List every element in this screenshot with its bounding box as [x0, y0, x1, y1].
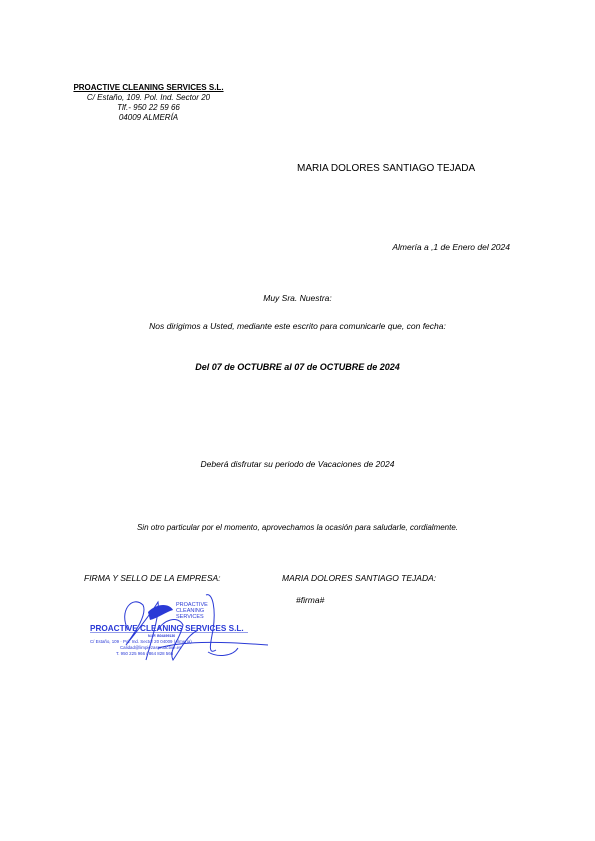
date-line: Almería a ,1 de Enero del 2024 [392, 242, 510, 252]
company-stamp-signature: PROACTIVE CLEANING SERVICES PROACTIVE CL… [88, 590, 273, 668]
intro-text: Nos dirigimos a Usted, mediante este esc… [0, 321, 595, 331]
logo-icon [148, 605, 173, 620]
stamp-phones: T. 950 225 966 / 864 828 566 [116, 651, 174, 656]
vacation-period: Del 07 de OCTUBRE al 07 de OCTUBRE de 20… [0, 362, 595, 372]
recipient-name: MARIA DOLORES SANTIAGO TEJADA [297, 163, 475, 174]
vacation-text: Deberá disfrutar su periodo de Vacacione… [0, 459, 595, 469]
closing-text: Sin otro particular por el momento, apro… [0, 523, 595, 532]
greeting: Muy Sra. Nuestra: [0, 293, 595, 303]
company-city: 04009 ALMERÍA [0, 113, 297, 123]
stamp-address: C/ Estaño, 109 · Pol. Ind. Sector 20 040… [90, 639, 192, 644]
company-signature-label: FIRMA Y SELLO DE LA EMPRESA: [84, 573, 221, 583]
employee-signature-placeholder: #firma# [296, 595, 324, 605]
stamp-logo-line-3: SERVICES [176, 614, 204, 620]
company-header: PROACTIVE CLEANING SERVICES S.L. C/ Esta… [0, 83, 297, 123]
company-phone: Tlf.- 950 22 59 66 [0, 103, 297, 113]
stamp-company-name: PROACTIVE CLEANING SERVICES S.L. [90, 624, 244, 633]
employee-signature-label: MARIA DOLORES SANTIAGO TEJADA: [282, 573, 436, 583]
company-name: PROACTIVE CLEANING SERVICES S.L. [0, 83, 297, 93]
company-address: C/ Estaño, 109. Pol. Ind. Sector 20 [0, 93, 297, 103]
stamp-nif: N.I.F. B04499130 [148, 634, 175, 638]
stamp-email: Calidad@limpiezasproactive.es [120, 645, 182, 650]
